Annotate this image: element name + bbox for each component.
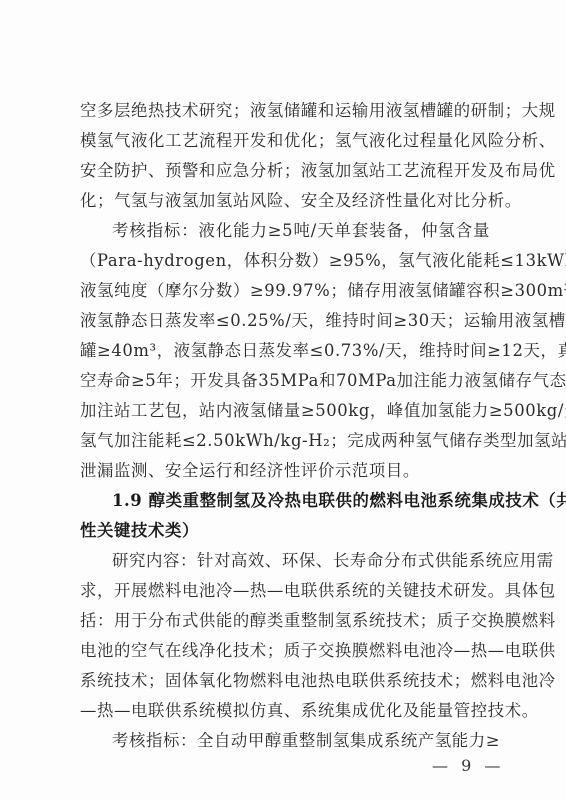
document-page: 空多层绝热技术研究；液氢储罐和运输用液氢槽罐的研制；大规 模氢气液化工艺流程开发… — [0, 0, 566, 800]
section-heading: 1.9 醇类重整制氢及冷热电联供的燃料电池系统集成技术（共 — [112, 490, 490, 512]
body-text-line: 括：用于分布式供能的醇类重整制氢系统技术；质子交换膜燃料 — [80, 610, 490, 632]
body-text-line: 求，开展燃料电池冷—热—电联供系统的关键技术研发。具体包 — [80, 580, 490, 602]
body-text-line: 空多层绝热技术研究；液氢储罐和运输用液氢槽罐的研制；大规 — [80, 100, 490, 122]
body-text-line: 空寿命≥5年；开发具备35MPa和70MPa加注能力液氢储存气态 — [80, 370, 490, 392]
assessment-indicator-paragraph-start: 考核指标：全自动甲醇重整制氢集成系统产氢能力≥ — [112, 730, 490, 752]
body-text-line: 化；气氢与液氢加氢站风险、安全及经济性量化对比分析。 — [80, 190, 490, 212]
body-text-line: —热—电联供系统模拟仿真、系统集成优化及能量管控技术。 — [80, 700, 490, 722]
body-text-line: 模氢气液化工艺流程开发和优化；氢气液化过程量化风险分析、 — [80, 130, 490, 152]
body-text-line: 罐≥40m³，液氢静态日蒸发率≤0.73%/天，维持时间≥12天，真 — [80, 340, 490, 362]
research-content-paragraph-start: 研究内容：针对高效、环保、长寿命分布式供能系统应用需 — [112, 550, 490, 572]
page-number: — 9 — — [432, 756, 504, 775]
body-text-line: 液氢纯度（摩尔分数）≥99.97%；储存用液氢储罐容积≥300m³， — [80, 280, 490, 302]
body-text-line: 加注站工艺包，站内液氢储量≥500kg，峰值加氢能力≥500kg/天， — [80, 400, 490, 422]
body-text-line: （Para-hydrogen，体积分数）≥95%，氢气液化能耗≤13kWh/kg… — [80, 250, 490, 272]
body-text-line: 氢气加注能耗≤2.50kWh/kg-H₂；完成两种氢气储存类型加氢站的 — [80, 430, 490, 452]
section-heading-continued: 性关键技术类） — [80, 520, 490, 542]
body-text-line: 泄漏监测、安全运行和经济性评价示范项目。 — [80, 460, 490, 482]
body-text-line: 安全防护、预警和应急分析；液氢加氢站工艺流程开发及布局优 — [80, 160, 490, 182]
body-text-line: 系统技术；固体氧化物燃料电池热电联供系统技术；燃料电池冷 — [80, 670, 490, 692]
body-text-line: 电池的空气在线净化技术；质子交换膜燃料电池冷—热—电联供 — [80, 640, 490, 662]
assessment-indicator-paragraph-start: 考核指标：液化能力≥5吨/天单套装备，仲氢含量 — [112, 220, 490, 242]
body-text-line: 液氢静态日蒸发率≤0.25%/天，维持时间≥30天；运输用液氢槽 — [80, 310, 490, 332]
